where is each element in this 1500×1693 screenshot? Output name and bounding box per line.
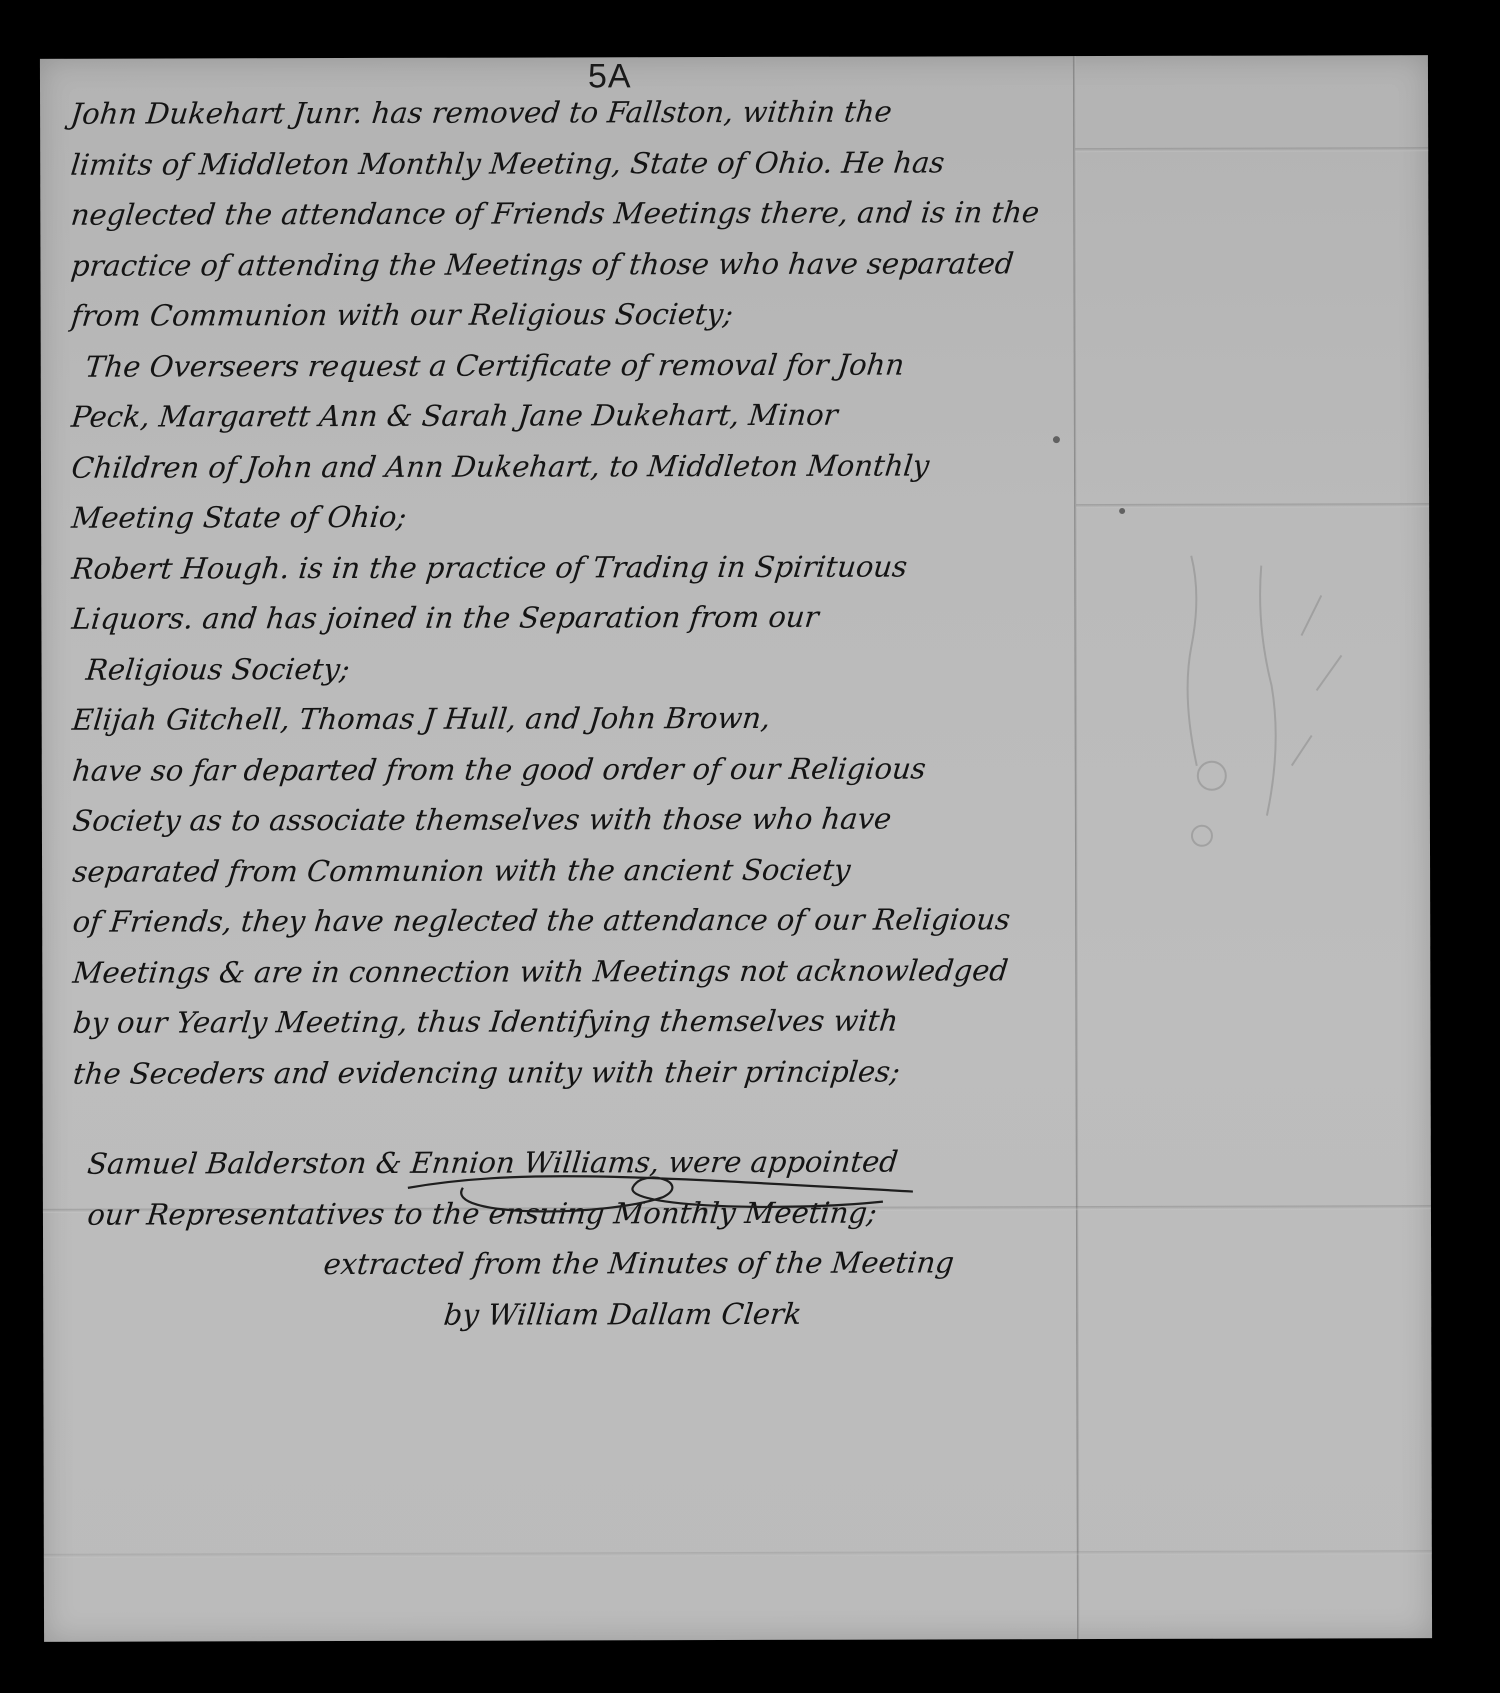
text-line: Liquors. and has joined in the Separatio… [69, 591, 1084, 644]
document-page: 5A John Dukehart Junr. has removed to Fa… [40, 55, 1432, 1642]
text-line: John Dukehart Junr. has removed to Falls… [68, 86, 1083, 139]
text-line: from Communion with our Religious Societ… [69, 288, 1084, 341]
fold-crease-horizontal [1075, 147, 1428, 152]
paragraph-gap [71, 1096, 1081, 1139]
text-line: of Friends, they have neglected the atte… [70, 894, 1085, 947]
fold-crease-horizontal [44, 1550, 1432, 1558]
text-line: Meeting State of Ohio; [69, 490, 1084, 543]
text-line: Society as to associate themselves with … [70, 793, 1085, 846]
text-line: Peck, Margarett Ann & Sarah Jane Dukehar… [69, 389, 1084, 442]
text-line: the Seceders and evidencing unity with t… [71, 1046, 1086, 1099]
text-line: have so far departed from the good order… [70, 743, 1085, 796]
handwritten-minutes: John Dukehart Junr. has removed to Falls… [68, 86, 1081, 1341]
clerk-signature: by William Dallam Clerk [71, 1288, 1086, 1341]
text-line: Meetings & are in connection with Meetin… [70, 945, 1085, 998]
text-line: Robert Hough. is in the practice of Trad… [69, 541, 1084, 594]
fold-crease-horizontal [1076, 503, 1429, 508]
text-line: limits of Middleton Monthly Meeting, Sta… [68, 137, 1083, 190]
extract-attribution: extracted from the Minutes of the Meetin… [71, 1237, 1086, 1290]
text-line: Religious Society; [70, 642, 1085, 695]
text-line: The Overseers request a Certificate of r… [69, 339, 1084, 392]
text-line: Children of John and Ann Dukehart, to Mi… [69, 440, 1084, 493]
text-line: neglected the attendance of Friends Meet… [68, 187, 1083, 240]
text-line: Elijah Gitchell, Thomas J Hull, and John… [70, 692, 1085, 745]
text-line: by our Yearly Meeting, thus Identifying … [71, 995, 1086, 1048]
bleed-through-marks [1151, 535, 1402, 936]
text-line: separated from Communion with the ancien… [70, 844, 1085, 897]
text-line: practice of attending the Meetings of th… [69, 238, 1084, 291]
signature-flourish-icon [403, 1157, 923, 1218]
ink-spot [1119, 508, 1125, 514]
